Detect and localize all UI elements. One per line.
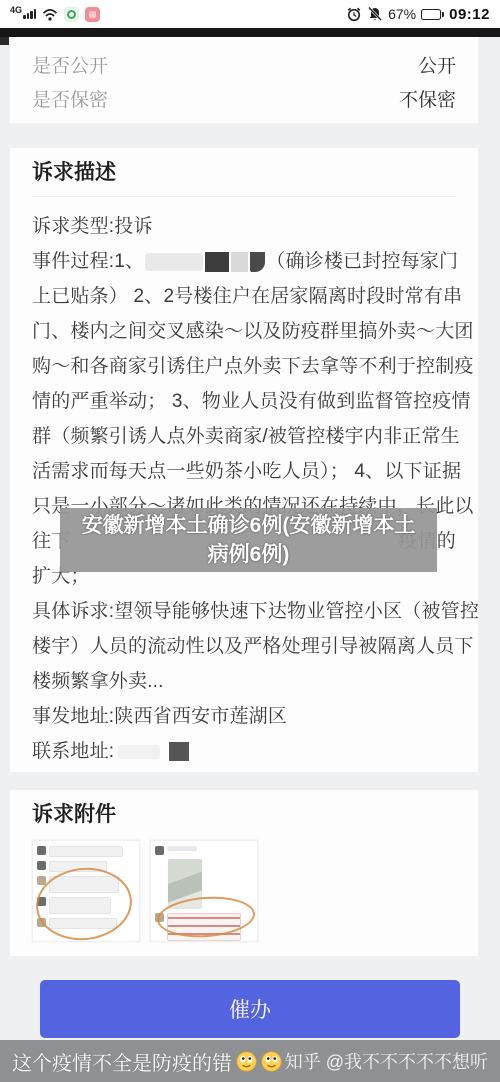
status-bar-right: 67% 09:12 — [346, 6, 490, 23]
watermark-title-banner: 安徽新增本土确诊6例(安徽新增本土 病例6例) — [60, 508, 437, 572]
orange-annotation-circle — [32, 863, 135, 942]
pink-app-icon — [85, 7, 100, 22]
smiley-emoji — [236, 1051, 257, 1072]
event-process-suffix: （确诊楼已封控每家门 — [266, 251, 458, 272]
watermark-line-1: 安徽新增本土确诊6例(安徽新增本土 — [82, 511, 416, 540]
appeal-attachments-card: 诉求附件 — [10, 790, 478, 956]
green-app-icon — [64, 7, 79, 22]
bottom-caption-group: 这个疫情不全是防疫的错 — [12, 1047, 282, 1076]
battery-icon — [421, 9, 444, 20]
attribution-label: 知乎 @我不不不不不想听 — [285, 1048, 488, 1074]
appeal-body-text: 诉求类型:投诉 事件过程:1、（确诊楼已封控每家门 上已贴条） 2、2号楼住户在… — [32, 209, 456, 769]
network-type-label: 4G — [10, 5, 22, 15]
contact-address-line: 联系地址: — [32, 734, 456, 769]
status-bar: 4G — [0, 0, 500, 28]
attachment-thumbnails — [32, 840, 456, 942]
body-line: 情的严重举动； 3、物业人员没有做到监督管控疫情 — [32, 384, 456, 419]
bottom-watermark-bar: 这个疫情不全是防疫的错 知乎 @我不不不不不想听 — [0, 1040, 500, 1082]
redaction-block — [118, 745, 160, 759]
redaction-block — [250, 252, 265, 272]
wifi-icon — [42, 8, 58, 21]
appeal-description-card: 诉求描述 诉求类型:投诉 事件过程:1、（确诊楼已封控每家门 上已贴条） 2、2… — [10, 148, 478, 772]
phone-screen: 4G — [0, 0, 500, 1082]
watermark-line-2: 病例6例) — [208, 540, 290, 569]
visibility-card: 是否公开 公开 是否保密 不保密 — [10, 37, 478, 123]
redaction-block — [169, 742, 189, 761]
request-line: 楼宇）人员的流动性以及严格处理引导被隔离人员下 — [32, 629, 456, 664]
event-process-line: 事件过程:1、（确诊楼已封控每家门 — [32, 244, 456, 279]
body-line: 活需求而每天点一些奶茶小吃人员）； 4、以下证据 — [32, 454, 456, 489]
signal-bars-icon: 4G — [10, 9, 36, 19]
request-line: 楼频繁拿外卖... — [32, 664, 456, 699]
status-bar-left: 4G — [10, 7, 100, 22]
public-row: 是否公开 公开 — [32, 47, 456, 81]
bell-muted-icon — [367, 6, 383, 22]
redaction-block — [145, 253, 203, 271]
attachment-thumbnail-2[interactable] — [150, 840, 258, 942]
clock-label: 09:12 — [449, 6, 490, 23]
confidential-value: 不保密 — [399, 85, 456, 112]
previous-content-edge — [0, 28, 500, 37]
public-value: 公开 — [418, 51, 456, 78]
public-label: 是否公开 — [32, 51, 108, 78]
bottom-caption: 这个疫情不全是防疫的错 — [12, 1047, 232, 1076]
section-title-description: 诉求描述 — [32, 160, 456, 186]
body-line: 购～和各商家引诱住户点外卖下去拿等不利于控制疫 — [32, 349, 456, 384]
body-line: 门、楼内之间交叉感染～以及防疫群里搞外卖～大团 — [32, 314, 456, 349]
alarm-clock-icon — [346, 6, 362, 22]
urge-button[interactable]: 催办 — [40, 980, 460, 1038]
previous-content-edge-notch — [0, 37, 9, 45]
battery-percent-label: 67% — [388, 6, 416, 22]
section-title-attachments: 诉求附件 — [32, 802, 456, 828]
redaction-block — [205, 252, 229, 272]
incident-address-line: 事发地址:陕西省西安市莲湖区 — [32, 699, 456, 734]
confidential-label: 是否保密 — [32, 85, 108, 112]
smiley-emoji — [261, 1051, 282, 1072]
event-process-prefix: 事件过程:1、 — [32, 251, 144, 272]
contact-address-label: 联系地址: — [32, 741, 114, 762]
request-line: 具体诉求:望领导能够快速下达物业管控小区（被管控 — [32, 594, 456, 629]
appeal-type-line: 诉求类型:投诉 — [32, 209, 456, 244]
body-line: 群（频繁引诱人点外卖商家/被管控楼宇内非正常生 — [32, 419, 456, 454]
redaction-block — [231, 252, 248, 272]
confidential-row: 是否保密 不保密 — [32, 81, 456, 115]
body-line: 上已贴条） 2、2号楼住户在居家隔离时段时常有串 — [32, 279, 456, 314]
divider — [32, 196, 456, 197]
attachment-thumbnail-1[interactable] — [32, 840, 140, 942]
